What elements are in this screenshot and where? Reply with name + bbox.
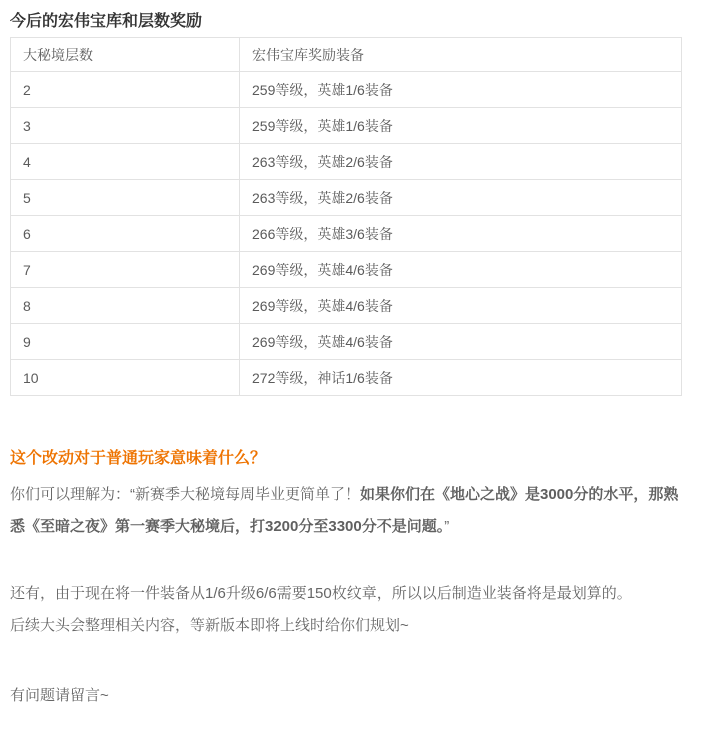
cell-level: 4 [11, 144, 240, 180]
table-row: 7 269等级，英雄4/6装备 [11, 252, 682, 288]
cell-level: 6 [11, 216, 240, 252]
table-row: 2 259等级，英雄1/6装备 [11, 72, 682, 108]
cell-reward: 259等级，英雄1/6装备 [240, 72, 682, 108]
cell-level: 7 [11, 252, 240, 288]
cell-reward: 263等级，英雄2/6装备 [240, 144, 682, 180]
paragraph-footer: 有问题请留言~ [10, 680, 686, 712]
cell-reward: 269等级，英雄4/6装备 [240, 324, 682, 360]
table-header-row: 大秘境层数 宏伟宝库奖励装备 [11, 38, 682, 72]
quote-lead-text: 你们可以理解为：“新赛季大秘境每周毕业更简单了！ [10, 486, 360, 503]
article: 今后的宏伟宝库和层数奖励 大秘境层数 宏伟宝库奖励装备 2 259等级，英雄1/… [0, 0, 706, 712]
cell-reward: 269等级，英雄4/6装备 [240, 288, 682, 324]
cell-reward: 263等级，英雄2/6装备 [240, 180, 682, 216]
cell-reward: 266等级，英雄3/6装备 [240, 216, 682, 252]
quote-close-text: ” [444, 518, 449, 535]
header-cell-reward: 宏伟宝库奖励装备 [240, 38, 682, 72]
article-body: 你们可以理解为：“新赛季大秘境每周毕业更简单了！如果你们在《地心之战》是3000… [10, 479, 686, 712]
table-row: 6 266等级，英雄3/6装备 [11, 216, 682, 252]
cell-reward: 272等级，神话1/6装备 [240, 360, 682, 396]
article-title: 今后的宏伟宝库和层数奖励 [10, 12, 686, 32]
cell-reward: 259等级，英雄1/6装备 [240, 108, 682, 144]
section-question-title: 这个改动对于普通玩家意味着什么？ [10, 448, 686, 470]
table-row: 10 272等级，神话1/6装备 [11, 360, 682, 396]
cell-level: 2 [11, 72, 240, 108]
cell-level: 3 [11, 108, 240, 144]
cell-level: 10 [11, 360, 240, 396]
table-row: 8 269等级，英雄4/6装备 [11, 288, 682, 324]
table-row: 9 269等级，英雄4/6装备 [11, 324, 682, 360]
paragraph-plan: 后续大头会整理相关内容，等新版本即将上线时给你们规划~ [10, 610, 686, 642]
cell-level: 9 [11, 324, 240, 360]
cell-level: 5 [11, 180, 240, 216]
header-cell-level: 大秘境层数 [11, 38, 240, 72]
paragraph-badges: 还有，由于现在将一件装备从1/6升级6/6需要150枚纹章，所以以后制造业装备将… [10, 578, 686, 610]
table-row: 5 263等级，英雄2/6装备 [11, 180, 682, 216]
table-row: 3 259等级，英雄1/6装备 [11, 108, 682, 144]
vault-reward-table: 大秘境层数 宏伟宝库奖励装备 2 259等级，英雄1/6装备 3 259等级，英… [10, 37, 682, 396]
paragraph-quote: 你们可以理解为：“新赛季大秘境每周毕业更简单了！如果你们在《地心之战》是3000… [10, 479, 686, 543]
cell-level: 8 [11, 288, 240, 324]
cell-reward: 269等级，英雄4/6装备 [240, 252, 682, 288]
table-row: 4 263等级，英雄2/6装备 [11, 144, 682, 180]
